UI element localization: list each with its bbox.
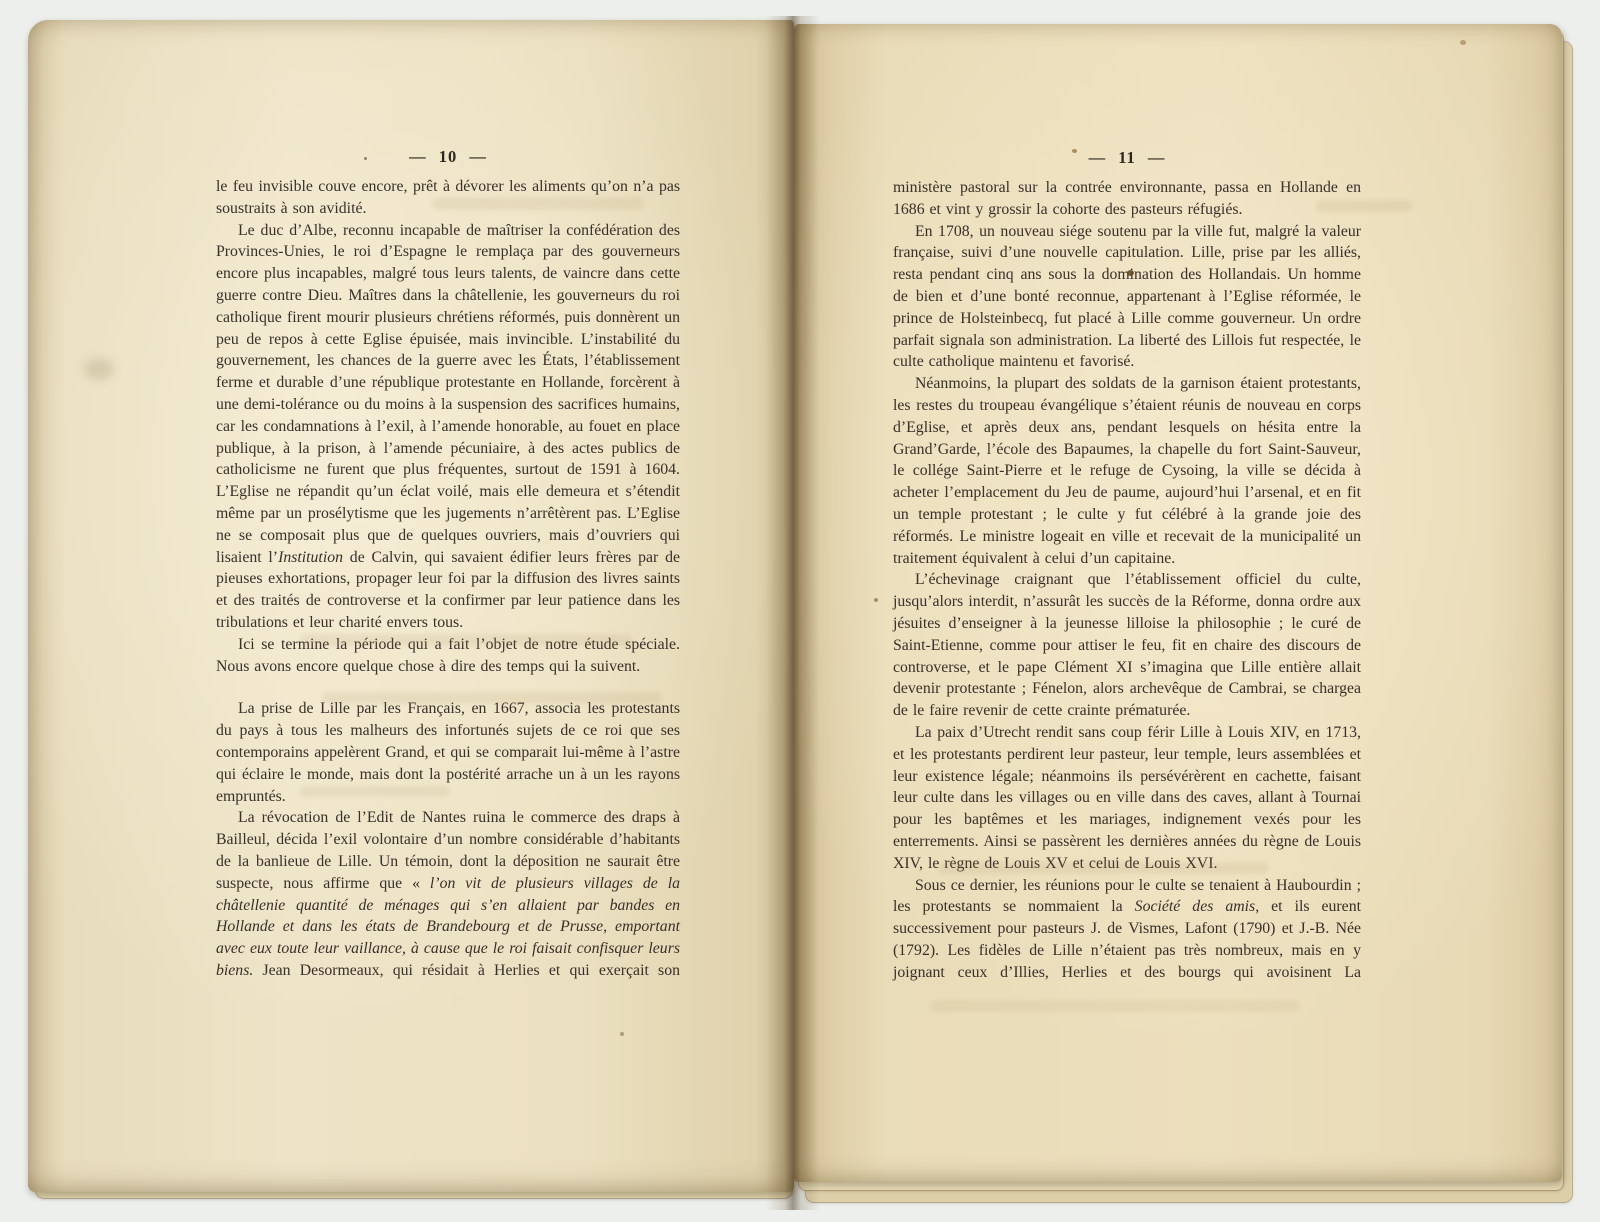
paragraph: L’échevinage craignant que l’établisseme… <box>893 569 1361 722</box>
italic-text-run: Société des amis <box>1135 898 1256 915</box>
left-page-body: le feu invisible couve encore, prêt à dé… <box>216 176 680 982</box>
text-run: L’échevinage craignant que l’établisseme… <box>893 571 1361 719</box>
left-page: — 10 — le feu invisible couve encore, pr… <box>28 20 794 1192</box>
paragraph: La prise de Lille par les Français, en 1… <box>216 698 680 807</box>
text-run: ministère pastoral sur la contrée enviro… <box>893 179 1361 218</box>
text-run: La prise de Lille par les Français, en 1… <box>216 700 680 804</box>
right-page-text-column: — 11 — ministère pastoral sur la contrée… <box>893 147 1361 983</box>
right-page-number-header: — 11 — <box>893 147 1361 169</box>
text-run: La paix d’Utrecht rendit sans coup férir… <box>893 724 1361 872</box>
paragraph: La révocation de l’Edit de Nantes ruina … <box>216 807 680 981</box>
scanned-book-photo: — 10 — le feu invisible couve encore, pr… <box>0 0 1600 1222</box>
right-page: — 11 — ministère pastoral sur la contrée… <box>794 24 1562 1182</box>
left-page-text-column: — 10 — le feu invisible couve encore, pr… <box>216 146 680 982</box>
text-run: Jean Desormeaux, qui résidait à Herlies … <box>253 962 680 979</box>
paragraph: ministère pastoral sur la contrée enviro… <box>893 177 1361 221</box>
paragraph: La paix d’Utrecht rendit sans coup férir… <box>893 722 1361 875</box>
paragraph: Sous ce dernier, les réunions pour le cu… <box>893 875 1361 984</box>
text-run: Néanmoins, la plupart des soldats de la … <box>893 375 1361 566</box>
text-run: Le duc d’Albe, reconnu incapable de maît… <box>216 222 680 566</box>
right-page-body: ministère pastoral sur la contrée enviro… <box>893 177 1361 983</box>
paragraph: Ici se termine la période qui a fait l’o… <box>216 634 680 678</box>
italic-text-run: Institution <box>278 549 343 566</box>
paragraph: En 1708, un nouveau siége soutenu par la… <box>893 221 1361 374</box>
left-page-number-header: — 10 — <box>216 146 680 168</box>
paragraph: le feu invisible couve encore, prêt à dé… <box>216 176 680 220</box>
paragraph: Néanmoins, la plupart des soldats de la … <box>893 373 1361 569</box>
text-run: Ici se termine la période qui a fait l’o… <box>216 636 680 675</box>
text-run: En 1708, un nouveau siége soutenu par la… <box>893 223 1361 371</box>
text-run: le feu invisible couve encore, prêt à dé… <box>216 178 680 217</box>
paragraph: Le duc d’Albe, reconnu incapable de maît… <box>216 220 680 634</box>
